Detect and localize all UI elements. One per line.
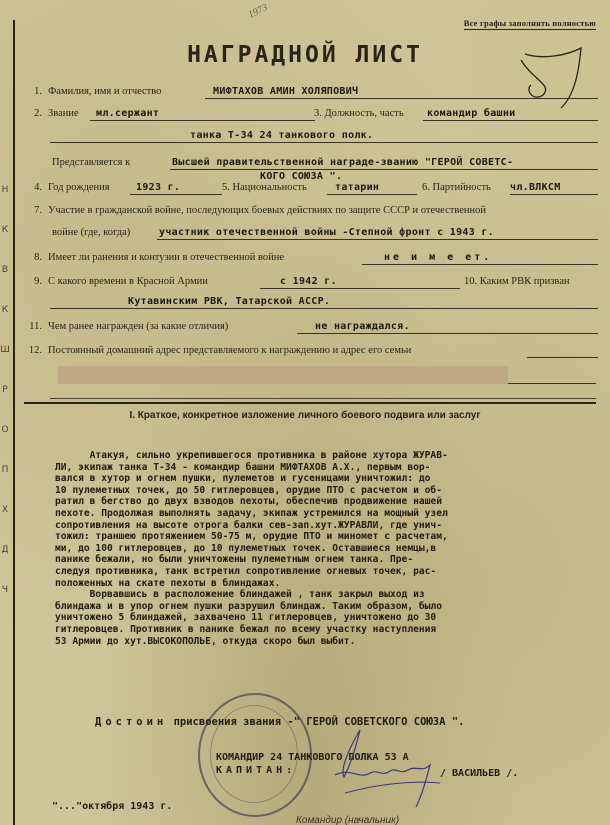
army-since-value: с 1942 г.	[280, 276, 337, 287]
field-number: 1.	[22, 86, 42, 97]
narrative-line: ЛИ, экипаж танка Т-34 - командир башни М…	[55, 462, 603, 474]
narrative-line: 10 пулеметных точек, до 50 гитлеровцев, …	[55, 485, 603, 497]
signer-name: / ВАСИЛЬЕВ /.	[440, 768, 518, 779]
section-heading: I. Краткое, конкретное изложение личного…	[0, 410, 610, 421]
redacted-address	[58, 366, 508, 384]
award-value-line1: Высшей правительственной награде-званию …	[172, 157, 513, 168]
presented-row: Представляется к Высшей правительственно…	[22, 157, 598, 168]
narrative-line: панике бежали, но были уничтожены пулеме…	[55, 554, 603, 566]
field-label: Год рождения	[48, 182, 110, 193]
field-number: 12.	[22, 345, 42, 356]
field-number: 5.	[222, 182, 230, 193]
field-number: 8.	[22, 252, 42, 263]
field-label: С какого времени в Красной Армии	[48, 276, 208, 287]
field-7-value-line: участник отечественной войны -Степной фр…	[157, 227, 598, 240]
field-label: Звание	[48, 108, 79, 119]
margin-letter: В	[0, 250, 10, 290]
field-8-value-line: не и м е ет.	[362, 252, 598, 265]
field-label: Чем ранее награжден (за какие отличия)	[48, 321, 228, 332]
field-6-label-wrap: 6. Партийность	[422, 182, 491, 193]
field-1-row: 1.Фамилия, имя и отчество МИФТАХОВ АМИН …	[22, 86, 598, 97]
narrative-line: вался в хутор и огнем пушки, пулеметов и…	[55, 473, 603, 485]
worthy-word: Достоин	[95, 716, 167, 728]
margin-letter: Х	[0, 490, 10, 530]
field-10-label-wrap: 10. Каким РВК призван	[464, 276, 569, 287]
birth-year-value: 1923 г.	[136, 182, 180, 193]
rank-value: мл.сержант	[96, 108, 159, 119]
draft-office-value: Кутавинским РВК, Татарской АССР.	[128, 296, 330, 307]
field-number: 6.	[422, 182, 430, 193]
unit-value: танка Т-34 24 танкового полк.	[190, 130, 373, 141]
field-11-row: 11.Чем ранее награжден (за какие отличия…	[22, 321, 598, 332]
field-4-value-line: 1923 г.	[130, 182, 222, 195]
field-label: Фамилия, имя и отчество	[48, 86, 161, 97]
address-line	[508, 383, 596, 384]
pencil-note: 1973	[247, 2, 270, 20]
margin-letter: Р	[0, 370, 10, 410]
full-name-value: МИФТАХОВ АМИН ХОЛЯПОВИЧ	[213, 86, 358, 97]
field-number: 3.	[314, 108, 322, 119]
binding-margin-line	[13, 20, 15, 825]
margin-letter: Ш	[0, 330, 10, 370]
presented-value-line: Высшей правительственной награде-званию …	[170, 157, 598, 170]
instruction-note: Все графы заполнять полностью	[464, 18, 596, 30]
field-11-value-line: не награждался.	[297, 321, 598, 334]
field-number: 10.	[464, 276, 477, 287]
field-3-cont-line: танка Т-34 24 танкового полк.	[50, 130, 598, 143]
field-12-value-line	[527, 345, 598, 358]
field-7-row: 7.Участие в гражданской войне, последующ…	[22, 205, 598, 216]
margin-letter: Н	[0, 170, 10, 210]
handwritten-number-mark	[513, 40, 593, 110]
previous-awards-value: не награждался.	[315, 321, 410, 332]
presented-label: Представляется к	[52, 157, 130, 168]
field-label: Национальность	[233, 182, 307, 193]
field-number: 11.	[22, 321, 42, 332]
field-3-label-wrap: 3. Должность, часть	[314, 108, 404, 119]
commander-rank: КАПИТАН:	[216, 765, 296, 776]
field-9-value-line: с 1942 г.	[260, 276, 460, 289]
field-7-row-2: войне (где, когда) участник отечественно…	[22, 227, 598, 238]
field-10-value-line: Кутавинским РВК, Татарской АССР.	[50, 296, 598, 309]
narrative-line: положенных на скате пехоты в блиндажах.	[55, 578, 603, 590]
field-label: войне (где, когда)	[52, 227, 130, 238]
narrative-line: Атакуя, сильно укрепившегося противника …	[55, 450, 603, 462]
citation-narrative: Атакуя, сильно укрепившегося противника …	[55, 450, 603, 647]
field-label: Каким РВК призван	[480, 276, 570, 287]
nationality-value: татарин	[335, 182, 379, 193]
field-3-value-line: командир башни	[423, 108, 598, 121]
narrative-line: тожил: траншею протяжением 50-75 м, оруд…	[55, 531, 603, 543]
narrative-line: блиндажа и в упор огнем пушки разрушил б…	[55, 601, 603, 613]
field-12-row: 12.Постоянный домашний адрес представляе…	[22, 345, 598, 356]
footer-label: Командир (начальник)	[296, 815, 399, 825]
field-1-value-line: МИФТАХОВ АМИН ХОЛЯПОВИЧ	[205, 86, 598, 99]
narrative-line: ми, до 100 гитлеровцев, до 10 пулеметных…	[55, 543, 603, 555]
field-label: Партийность	[433, 182, 491, 193]
narrative-line: следуя противника, танк встретил сопроти…	[55, 566, 603, 578]
field-label: Имеет ли ранения и контузии в отечествен…	[48, 252, 284, 263]
field-2-3-row: 2.Звание мл.сержант 3. Должность, часть …	[22, 108, 598, 119]
field-8-row: 8.Имеет ли ранения и контузии в отечеств…	[22, 252, 598, 263]
narrative-line: уничтожено 5 блиндажей, захвачено 11 гит…	[55, 612, 603, 624]
divider-thick	[24, 402, 596, 404]
field-2-value-line: мл.сержант	[90, 108, 315, 121]
field-number: 7.	[22, 205, 42, 216]
award-value-line2: КОГО СОЮЗА ".	[260, 171, 342, 182]
field-9-10-row: 9.С какого времени в Красной Армии с 194…	[22, 276, 598, 287]
field-label: Постоянный домашний адрес представляемог…	[48, 345, 411, 356]
field-label: Участие в гражданской войне, последующих…	[48, 205, 486, 216]
margin-letters: НКВКШРОПХДЧ	[0, 170, 10, 610]
narrative-line: Ворвавшись в расположение блиндажей , та…	[55, 589, 603, 601]
narrative-line: гитлеровцев. Противник в панике бежал по…	[55, 624, 603, 636]
narrative-line: пехоте. Продолжая выполнять задачу, экип…	[55, 508, 603, 520]
field-6-value-line: чл.ВЛКСМ	[510, 182, 598, 195]
wounds-value: не и м е ет.	[384, 252, 492, 263]
party-value: чл.ВЛКСМ	[510, 182, 561, 193]
narrative-line: сопротивления на высоте отрога балки сев…	[55, 520, 603, 532]
field-number: 9.	[22, 276, 42, 287]
war-participation-value: участник отечественной войны -Степной фр…	[159, 227, 494, 238]
field-5-label-wrap: 5. Национальность	[222, 182, 307, 193]
rank-text: КАПИТАН:	[216, 765, 296, 776]
margin-letter: Ч	[0, 570, 10, 610]
field-number: 2.	[22, 108, 42, 119]
field-label: Должность, часть	[325, 108, 404, 119]
margin-letter: К	[0, 210, 10, 250]
narrative-line: 53 Армии до хут.ВЫСОКОПОЛЬЕ, откуда скор…	[55, 636, 603, 648]
margin-letter: К	[0, 290, 10, 330]
narrative-line: ратил в бегство до двух взводов пехоты, …	[55, 496, 603, 508]
margin-letter: Д	[0, 530, 10, 570]
field-number: 4.	[22, 182, 42, 193]
field-4-5-6-row: 4.Год рождения 1923 г. 5. Национальность…	[22, 182, 598, 193]
document-date: "..."октября 1943 г.	[52, 801, 172, 812]
field-5-value-line: татарин	[327, 182, 417, 195]
divider-thin	[50, 398, 596, 399]
margin-letter: П	[0, 450, 10, 490]
position-value: командир башни	[427, 108, 516, 119]
